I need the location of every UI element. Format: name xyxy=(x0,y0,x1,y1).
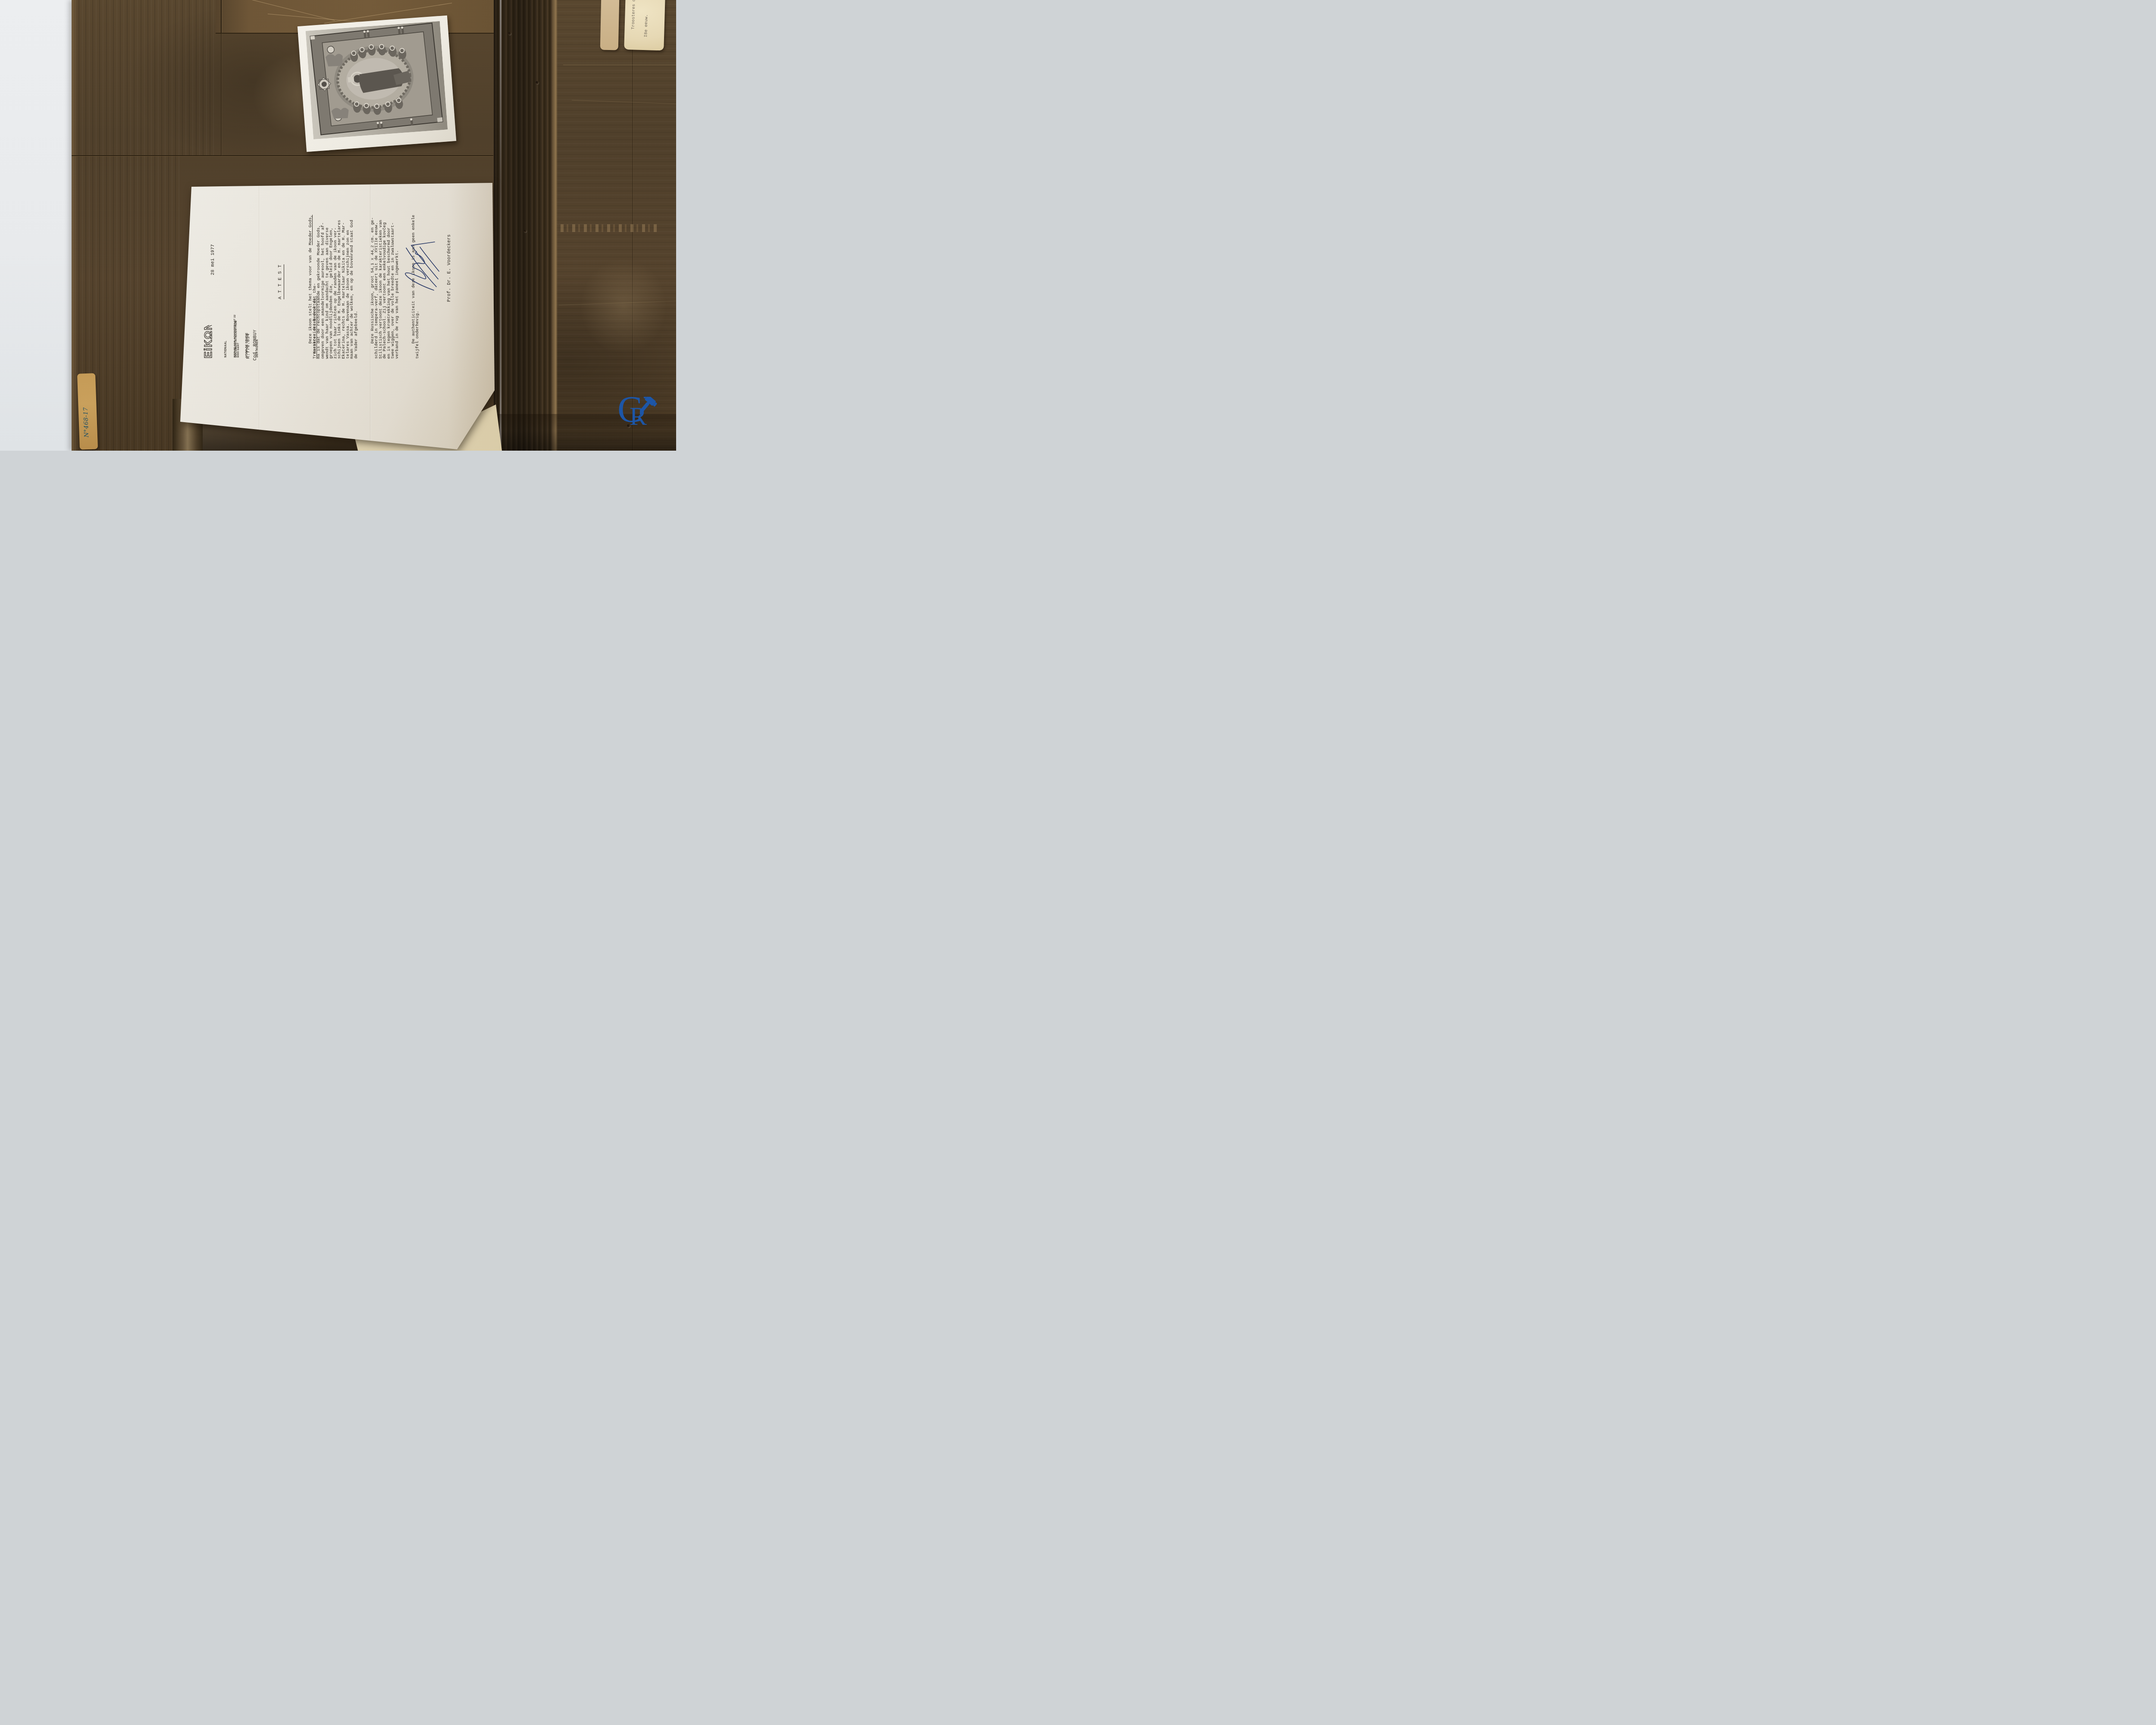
signature-scribble xyxy=(397,239,444,296)
eikon-logo: EiKΩN xyxy=(201,325,215,359)
board-seam xyxy=(72,155,493,156)
inventory-label: N°468-17 xyxy=(77,373,98,449)
title-sticker-text: Troosteres de I8e eeuw. xyxy=(624,0,665,50)
worn-patch xyxy=(580,259,667,354)
worm-hole xyxy=(508,32,511,35)
scratch-line xyxy=(563,65,676,65)
sticker-line: I8e eeuw. xyxy=(643,14,649,37)
letter-title: A T T E S T xyxy=(278,264,284,299)
fold-crease xyxy=(259,180,260,451)
vertical-batten xyxy=(494,0,554,451)
board-joint xyxy=(221,0,222,33)
auction-lot-photo: EiKΩN NATIONAAL DOCUMENTATIECENTRUM VOOR… xyxy=(0,0,676,451)
address-line: 9000 GENT xyxy=(237,315,240,358)
code-label: Cod. RONBUY xyxy=(253,329,258,361)
batten-worn-edge xyxy=(551,0,558,451)
inventory-number: N°468-17 xyxy=(82,407,90,438)
scratch-line xyxy=(234,0,335,21)
paragraph: Deze Russische ikoon, groot 54,1 x 44,2 … xyxy=(370,198,399,359)
eikon-logo-text: EiKΩN xyxy=(203,325,214,358)
wood-grain xyxy=(72,0,216,156)
batten-gloss xyxy=(500,0,501,451)
letter-date: 28 mei 1977 xyxy=(210,244,216,275)
sticker-line: Troosteres de xyxy=(631,0,636,29)
letterhead-address: SOPHIE VAN ACKENSTRAAT 22 9000 GENT xyxy=(233,315,240,358)
worm-hole xyxy=(536,81,539,84)
title-sticker: Troosteres de I8e eeuw. xyxy=(624,0,665,50)
icon-photograph xyxy=(298,16,456,152)
address-line: SOPHIE VAN ACKENSTRAAT 22 xyxy=(233,315,237,358)
paragraph: Deze ikoon stelt het thema voor van de M… xyxy=(308,198,358,359)
blank-sticker xyxy=(600,0,620,50)
gavel-icon xyxy=(640,397,662,421)
worm-hole xyxy=(523,229,526,232)
fold-crease xyxy=(370,180,371,451)
org-line: NATIONAAL xyxy=(224,320,228,358)
board-joint xyxy=(221,33,222,156)
faded-chalk-marks xyxy=(561,224,658,232)
reference-number: R.770.834 xyxy=(246,333,251,359)
inventory-label-text-wrap: N°468-17 xyxy=(77,373,98,449)
letter-paper: EiKΩN NATIONAAL DOCUMENTATIECENTRUM VOOR… xyxy=(179,180,500,451)
letter-content: EiKΩN NATIONAAL DOCUMENTATIECENTRUM VOOR… xyxy=(183,185,490,423)
icon-photo-print xyxy=(306,21,448,139)
auction-house-watermark: C R xyxy=(617,379,676,440)
